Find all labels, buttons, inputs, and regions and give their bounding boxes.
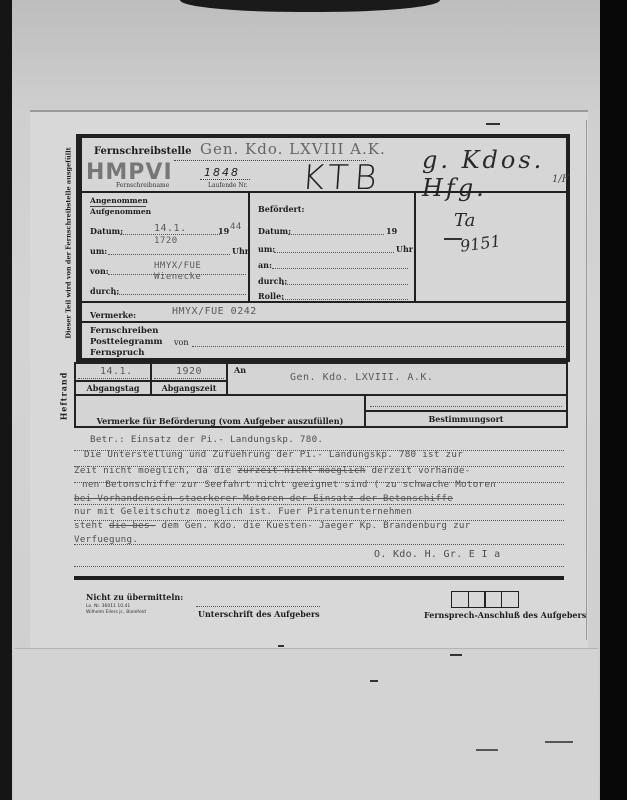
forwarded-year-prefix: 19	[386, 226, 397, 236]
handwritten-number: 9151	[459, 231, 502, 255]
received-title-2: Aufgenommen	[90, 207, 151, 216]
serial-number: 1848	[204, 166, 240, 179]
transmission-office-block: Fernschreibstelle Gen. Kdo. LXVIII A.K. …	[76, 134, 570, 362]
message-line-3: nen Betonschiffe zur Seefahrt nicht geei…	[82, 479, 496, 490]
received-time-line	[108, 254, 230, 255]
received-date-value: 14.1.	[154, 223, 187, 234]
message-line-6a: steht	[74, 520, 103, 531]
divider	[366, 410, 566, 412]
forwarded-time-label: um:	[258, 244, 275, 254]
dispatch-recipient-cell: An Gen. Kdo. LXVIII. A.K.	[226, 362, 568, 396]
forwarded-block: Befördert: Datum: 19 um: Uhr an: durch: …	[256, 196, 411, 300]
print-reference-2: Wilhelm Ellers jr., Bielefeld	[86, 610, 146, 616]
scan-left-edge	[0, 0, 12, 800]
received-from-label: von:	[90, 266, 109, 276]
type-option-teletype: Fernschreiben	[90, 326, 158, 336]
received-year-value: 44	[230, 222, 242, 232]
message-line-5: nur mit Geleitschutz moeglich ist. Fuer …	[74, 506, 412, 517]
print-reference: Lo. Nr. 36011 10.41 Wilhelm Ellers jr., …	[86, 604, 146, 616]
dispatch-time-cell: 1920 Abgangszeit	[150, 362, 228, 396]
handwritten-ta: Ta	[454, 210, 475, 231]
forwarded-by-line	[282, 284, 408, 285]
scan-right-edge	[600, 0, 627, 800]
divider	[414, 192, 416, 302]
phone-number-boxes	[451, 591, 517, 608]
divider	[82, 191, 566, 193]
message-line-6-struck: die bes-	[109, 520, 156, 531]
message-line-1: Die Unterstellung und Zufuehrung der Pi.…	[84, 449, 463, 460]
message-line-6: steht die bes- dem Gen. Kdo. die Kuesten…	[74, 520, 471, 531]
forwarded-date-label: Datum:	[258, 226, 291, 236]
dispatch-notes-label: Vermerke für Beförderung (vom Aufgeber a…	[76, 416, 364, 426]
dispatch-block: 14.1. Abgangstag 1920 Abgangszeit An Gen…	[74, 362, 568, 428]
scan-speck	[450, 654, 462, 656]
not-transmit-label: Nicht zu übermitteln:	[86, 592, 183, 602]
signature-label: Unterschrift des Aufgebers	[198, 609, 320, 619]
received-by-value: Wienecke	[154, 272, 201, 282]
dispatch-day-label: Abgangstag	[76, 383, 150, 393]
serial-dotted-line	[200, 179, 250, 180]
phone-box	[451, 591, 469, 608]
message-line-2b: derzeit vorhande-	[371, 465, 470, 476]
station-label: Fernschreibstelle	[94, 146, 191, 157]
dispatch-notes-cell: Vermerke für Beförderung (vom Aufgeber a…	[74, 394, 366, 428]
forwarded-to-line	[272, 268, 408, 269]
type-option-telegram: Postteiegramm	[90, 337, 162, 347]
received-block: Angenommen Aufgenommen Datum: 14.1. 19 4…	[90, 196, 245, 300]
underlying-sheet	[14, 648, 598, 800]
message-rule	[74, 504, 564, 505]
forwarded-time-line	[274, 252, 394, 253]
received-time-suffix: Uhr	[232, 246, 249, 256]
station-value: Gen. Kdo. LXVIII A.K.	[200, 140, 386, 158]
destination-cell: Bestimmungsort	[364, 394, 568, 428]
divider	[76, 380, 150, 382]
dispatch-time-value: 1920	[176, 366, 202, 377]
forwarded-date-line	[288, 234, 384, 235]
stamp-sublabel: Fernschreibname	[116, 182, 169, 189]
received-time-value: 1720	[154, 236, 178, 246]
remarks-label: Vermerke:	[90, 310, 136, 320]
handwritten-classification-suffix: 1/F	[552, 174, 569, 185]
destination-label: Bestimmungsort	[366, 414, 566, 424]
recipient-label: An	[234, 365, 246, 375]
received-by-line	[114, 294, 246, 295]
divider	[82, 301, 566, 303]
from-label: von	[174, 338, 189, 347]
side-instruction-text: Dieser Teil wird von der Fernschreibstel…	[65, 147, 73, 338]
received-time-label: um:	[90, 246, 107, 256]
remarks-value: HMYX/FUE 0242	[172, 306, 257, 317]
phone-box	[501, 591, 519, 608]
received-date-line	[120, 234, 220, 235]
phone-box	[468, 591, 486, 608]
scan-speck	[278, 645, 284, 647]
message-line-2: Zeit nicht moeglich, da die zurzeit nich…	[74, 465, 471, 476]
binding-margin-label: Heftrand	[58, 372, 68, 421]
scan-speck	[370, 680, 378, 682]
dispatch-time-label: Abgangszeit	[152, 383, 226, 393]
scan-speck	[486, 123, 500, 125]
forwarded-title: Befördert:	[258, 204, 304, 214]
dispatch-day-cell: 14.1. Abgangstag	[74, 362, 152, 396]
divider	[82, 321, 566, 323]
scan-speck	[545, 741, 573, 743]
phone-box	[484, 591, 502, 608]
scan-speck	[476, 749, 498, 751]
sheet-edge-line	[586, 120, 587, 640]
message-line-2a: Zeit nicht moeglich, da die	[74, 465, 231, 476]
message-line-4: bei Vorhandensein staerkerer Motoren der…	[74, 493, 453, 504]
divider	[78, 378, 148, 379]
destination-line	[370, 406, 562, 407]
received-title-1: Angenommen	[90, 196, 148, 205]
binding-margin: Heftrand	[56, 368, 70, 424]
message-line-2-struck: zurzeit nicht moeglich	[237, 465, 365, 476]
divider	[154, 378, 224, 379]
from-line	[192, 346, 564, 347]
footer-rule	[74, 576, 564, 580]
received-year-prefix: 19	[218, 226, 229, 236]
message-sender: O. Kdo. H. Gr. E I a	[374, 549, 500, 560]
phone-label: Fernsprech-Anschluß des Aufgebers	[424, 610, 586, 620]
dispatch-day-value: 14.1.	[100, 366, 133, 377]
type-option-telephone: Fernspruch	[90, 348, 144, 358]
received-from-value: HMYX/FUE	[154, 261, 201, 271]
signature-line	[196, 606, 320, 607]
recipient-value: Gen. Kdo. LXVIII. A.K.	[290, 372, 433, 383]
message-rule	[74, 566, 564, 567]
message-subject: Betr.: Einsatz der Pi.- Landungskp. 780.	[90, 434, 323, 445]
forwarded-role-label: Rolle:	[258, 291, 284, 301]
message-rule	[74, 544, 564, 545]
forwarded-time-suffix: Uhr	[396, 244, 413, 254]
forwarded-to-label: an:	[258, 260, 272, 270]
serial-label: Laufende Nr.	[208, 182, 248, 189]
divider	[152, 380, 226, 382]
forwarded-role-line	[282, 299, 408, 300]
message-line-6b: dem Gen. Kdo. die Kuesten- Jaeger Kp. Br…	[162, 520, 471, 531]
received-date-label: Datum:	[90, 226, 123, 236]
handwritten-classification: g. Kdos. Hfg.	[422, 146, 566, 202]
side-instruction: Dieser Teil wird von der Fernschreibstel…	[62, 150, 76, 335]
